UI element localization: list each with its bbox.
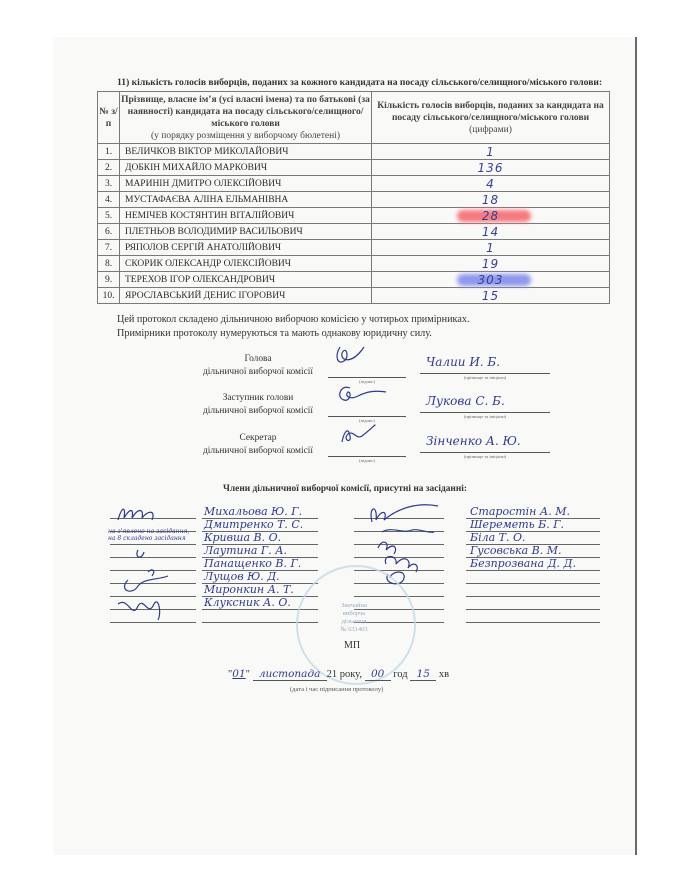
row-number: 4.: [98, 192, 120, 208]
member-name-line: [466, 622, 600, 623]
votes-table: № з/п Прізвище, власне ім’я (усі власні …: [97, 91, 610, 304]
table-row: 5.НЕМІЧЕВ КОСТЯНТИН ВІТАЛІЙОВИЧ28: [98, 208, 610, 224]
member-name: Клуксник А. О.: [204, 596, 291, 609]
candidate-votes: 19: [372, 256, 610, 272]
stamp-label: МП: [344, 640, 360, 651]
row-number: 2.: [98, 160, 120, 176]
row-number: 6.: [98, 224, 120, 240]
signatory-name: Чалии И. Б.: [426, 355, 500, 369]
candidate-name: МУСТАФАЄВА АЛІНА ЕЛЬМАНІВНА: [120, 192, 372, 208]
candidate-name: РЯПОЛОВ СЕРГІЙ АНАТОЛІЙОВИЧ: [120, 240, 372, 256]
member-name-line: [466, 596, 600, 597]
member-name-line: [466, 609, 600, 610]
member-name: Лущов Ю. Д.: [204, 570, 280, 583]
signatory-name: Лукова С. Б.: [426, 394, 505, 408]
candidate-votes: 15: [372, 288, 610, 304]
candidate-votes: 136: [372, 160, 610, 176]
candidate-name: ДОБКІН МИХАЙЛО МАРКОВИЧ: [120, 160, 372, 176]
candidate-votes: 28: [372, 208, 610, 224]
member-name-line: [466, 570, 600, 571]
member-name: Кривша В. О.: [204, 531, 281, 544]
table-row: 4.МУСТАФАЄВА АЛІНА ЕЛЬМАНІВНА18: [98, 192, 610, 208]
row-number: 10.: [98, 288, 120, 304]
signatory-role: Заступник головидільничної виборчої комі…: [188, 392, 328, 418]
name-line: [420, 452, 550, 453]
candidate-votes: 14: [372, 224, 610, 240]
member-name: Дмитренко Т. С.: [204, 518, 303, 531]
candidate-name: ТЕРЕХОВ ІГОР ОЛЕКСАНДРОВИЧ: [120, 272, 372, 288]
candidate-votes: 18: [372, 192, 610, 208]
row-number: 3.: [98, 176, 120, 192]
signature-scribble-icon: [334, 422, 394, 456]
member-name: Гусовська В. М.: [470, 544, 561, 557]
header-votes: Кількість голосів виборців, поданих за к…: [372, 92, 610, 144]
table-row: 2.ДОБКІН МИХАЙЛО МАРКОВИЧ136: [98, 160, 610, 176]
candidate-name: НЕМІЧЕВ КОСТЯНТИН ВІТАЛІЙОВИЧ: [120, 208, 372, 224]
signature-line: [328, 377, 406, 378]
signatory-role: Секретардільничної виборчої комісії: [188, 432, 328, 458]
candidate-name: ЯРОСЛАВСЬКИЙ ДЕНИС ІГОРОВИЧ: [120, 288, 372, 304]
member-name-line: [466, 583, 600, 584]
signatory-name: Зінченко А. Ю.: [426, 434, 521, 448]
table-header-row: № з/п Прізвище, власне ім’я (усі власні …: [98, 92, 610, 144]
row-number: 5.: [98, 208, 120, 224]
name-line: [420, 412, 550, 413]
date-caption: (дата і час підписання протоколу): [290, 686, 383, 693]
candidate-votes: 303: [372, 272, 610, 288]
signature-line: [328, 416, 406, 417]
table-row: 7.РЯПОЛОВ СЕРГІЙ АНАТОЛІЙОВИЧ1: [98, 240, 610, 256]
date-day: 01: [232, 668, 245, 680]
signature-scribble-icon: [334, 343, 394, 377]
member-name: Біла Т. О.: [470, 531, 526, 544]
table-row: 10.ЯРОСЛАВСЬКИЙ ДЕНИС ІГОРОВИЧ15: [98, 288, 610, 304]
section-heading: 11) кількість голосів виборців, поданих …: [117, 77, 602, 88]
statement: Цей протокол складено дільничною виборчо…: [117, 313, 470, 341]
header-candidate-name: Прізвище, власне ім’я (усі власні імена)…: [120, 92, 372, 144]
signing-date: "01" листопада21 року, 00 год 15 хв: [228, 668, 449, 681]
table-row: 9.ТЕРЕХОВ ІГОР ОЛЕКСАНДРОВИЧ303: [98, 272, 610, 288]
candidate-name: СКОРИК ОЛЕКСАНДР ОЛЕКСІЙОВИЧ: [120, 256, 372, 272]
row-number: 7.: [98, 240, 120, 256]
member-name: Миронкин А. Т.: [204, 583, 294, 596]
candidate-votes: 4: [372, 176, 610, 192]
date-year: 21 року,: [327, 669, 362, 680]
member-name: Михальова Ю. Г.: [204, 505, 302, 518]
candidate-votes: 1: [372, 144, 610, 160]
candidate-name: ВЕЛИЧКОВ ВІКТОР МИКОЛАЙОВИЧ: [120, 144, 372, 160]
date-hour: 00: [365, 668, 391, 681]
date-month: листопада: [253, 668, 327, 681]
candidate-votes: 1: [372, 240, 610, 256]
header-number: № з/п: [98, 92, 120, 144]
table-row: 1.ВЕЛИЧКОВ ВІКТОР МИКОЛАЙОВИЧ1: [98, 144, 610, 160]
table-row: 3.МАРИНІН ДМИТРО ОЛЕКСІЙОВИЧ4: [98, 176, 610, 192]
candidate-name: ПЛЕТНЬОВ ВОЛОДИМИР ВАСИЛЬОВИЧ: [120, 224, 372, 240]
candidate-name: МАРИНІН ДМИТРО ОЛЕКСІЙОВИЧ: [120, 176, 372, 192]
row-number: 9.: [98, 272, 120, 288]
member-name: Панащенко В. Г.: [204, 557, 301, 570]
name-line: [420, 373, 550, 374]
stamp-text: Звичайна виборча дільниця № 631403: [318, 602, 390, 634]
table-row: 8.СКОРИК ОЛЕКСАНДР ОЛЕКСІЙОВИЧ19: [98, 256, 610, 272]
table-row: 6.ПЛЕТНЬОВ ВОЛОДИМИР ВАСИЛЬОВИЧ14: [98, 224, 610, 240]
signature-line: [328, 456, 406, 457]
row-number: 1.: [98, 144, 120, 160]
signatory-role: Головадільничної виборчої комісії: [188, 353, 328, 379]
member-name: Старостін А. М.: [470, 505, 570, 518]
date-minute: 15: [410, 668, 436, 681]
members-title: Члени дільничної виборчої комісії, прису…: [0, 484, 690, 494]
member-signatures-icon: [108, 500, 198, 630]
signature-scribble-icon: [334, 382, 394, 416]
row-number: 8.: [98, 256, 120, 272]
member-name: Лаутина Г. А.: [204, 544, 287, 557]
member-name: Безпрозвана Д. Д.: [470, 557, 576, 570]
member-name: Шереметь Б. Г.: [470, 518, 564, 531]
